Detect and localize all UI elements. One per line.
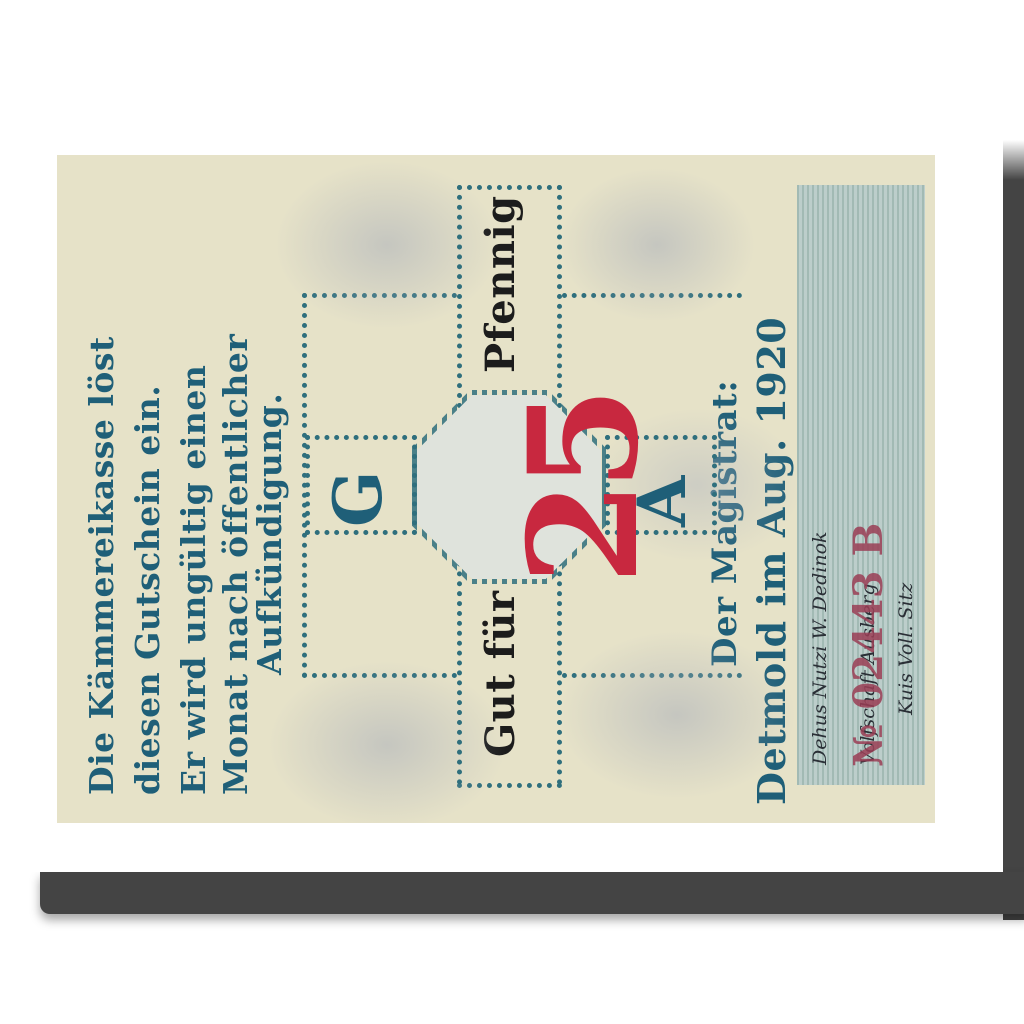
- serial-number: № 02443 B: [845, 523, 892, 767]
- frame-bottom-cap: [457, 783, 562, 788]
- issuer-text-line-5: Aufkündigung.: [253, 393, 286, 675]
- frame-lower-right-arm: [562, 673, 742, 678]
- issuer-text-line-4: Monat nach öffentlicher: [219, 334, 252, 795]
- signature-line-3: Kuis Voll. Sitz: [895, 583, 917, 715]
- signature-line-1: Dehus Nutzi W. Dedinok: [809, 531, 831, 765]
- drop-shadow-right: [1003, 140, 1024, 920]
- issuer-text-line-1: Die Kämmereikasse löst: [85, 336, 118, 795]
- issuer-text-line-3: Er wird ungültig einen: [177, 365, 210, 795]
- issuer-text-line-2: diesen Gutschein ein.: [131, 385, 164, 795]
- place-date-label: Detmold im Aug. 1920: [749, 317, 794, 805]
- frame-lower-left-arm: [302, 673, 457, 678]
- frame-top-cap: [457, 185, 562, 190]
- pfennig-label: Pfennig: [477, 195, 524, 373]
- left-monogram-ornament: G: [325, 471, 391, 527]
- frame-upper-right-arm: [562, 293, 742, 298]
- banknote: Die Kämmereikasse löst diesen Gutschein …: [57, 155, 935, 823]
- gut-fuer-label: Gut für: [477, 590, 524, 757]
- drop-shadow-bottom: [40, 872, 1024, 914]
- denomination-value: 25: [509, 396, 659, 585]
- frame-upper-left-arm: [302, 293, 457, 298]
